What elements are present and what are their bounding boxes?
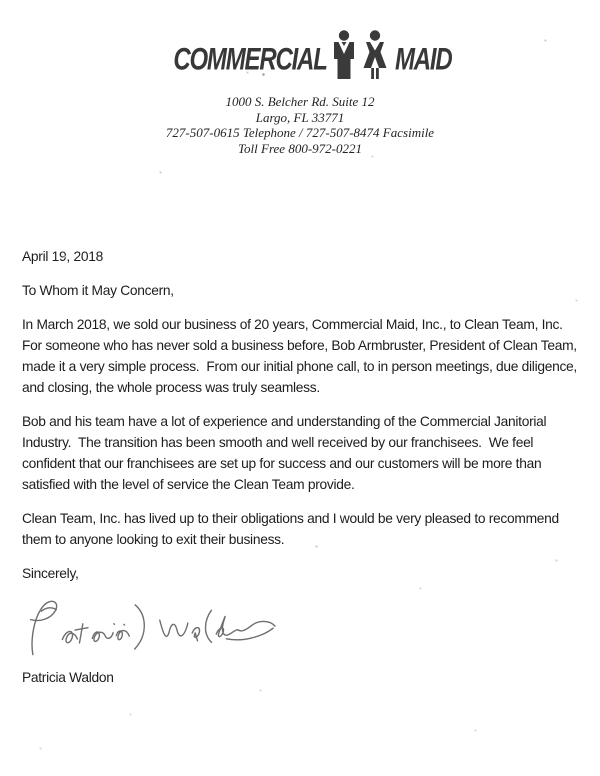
letter-date: April 19, 2018 bbox=[22, 246, 582, 267]
address-line-street: 1000 S. Belcher Rd. Suite 12 bbox=[0, 94, 600, 110]
address-line-phone: 727-507-0615 Telephone / 727-507-8474 Fa… bbox=[0, 125, 600, 141]
butler-and-maid-figures-icon bbox=[330, 30, 392, 89]
scan-noise-speckles bbox=[0, 0, 1, 1]
address-block: 1000 S. Belcher Rd. Suite 12 Largo, FL 3… bbox=[0, 94, 600, 156]
letter-body: April 19, 2018 To Whom it May Concern, I… bbox=[22, 246, 582, 688]
logo-word-maid: MAID bbox=[395, 42, 452, 78]
paragraph-1: In March 2018, we sold our business of 2… bbox=[22, 314, 582, 398]
paragraph-2: Bob and his team have a lot of experienc… bbox=[22, 411, 582, 495]
salutation: To Whom it May Concern, bbox=[22, 280, 582, 301]
typed-sender-name: Patricia Waldon bbox=[22, 667, 582, 688]
scanned-letter-page: COMMERCIAL bbox=[0, 0, 600, 776]
address-line-city: Largo, FL 33771 bbox=[0, 110, 600, 126]
letterhead: COMMERCIAL bbox=[0, 0, 600, 156]
address-line-tollfree: Toll Free 800-972-0221 bbox=[0, 141, 600, 157]
handwritten-signature bbox=[19, 577, 583, 663]
paragraph-3: Clean Team, Inc. has lived up to their o… bbox=[22, 508, 582, 550]
company-logo: COMMERCIAL bbox=[135, 30, 465, 89]
logo-word-commercial: COMMERCIAL bbox=[173, 42, 326, 78]
